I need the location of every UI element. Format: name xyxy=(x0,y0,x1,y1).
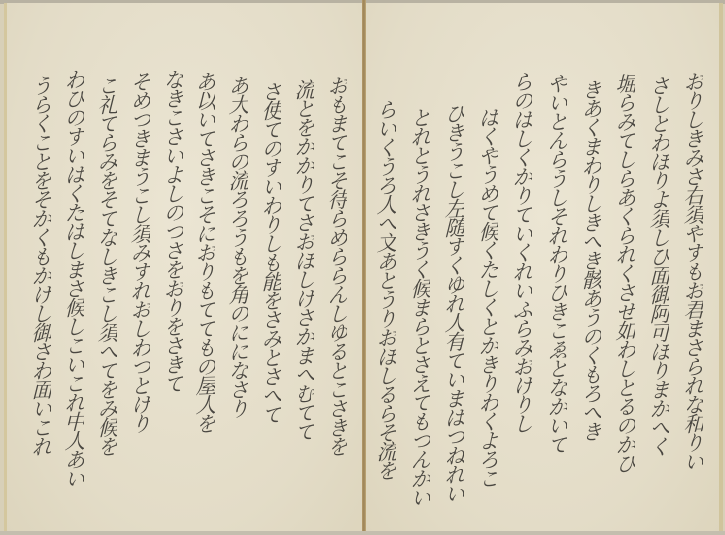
text-column: 流とをかかりてさおほしけさかまへむてて xyxy=(290,79,314,510)
text-column: とれとうれさきうく候まらとさえてもつんかい xyxy=(406,107,430,508)
text-column: こ礼てらみをそてなしきこし須へてをみ候を xyxy=(93,75,117,506)
text-column: なきこさいよしのつさをおりをさきて xyxy=(159,69,183,490)
text-column: ひきうこし左随すくゆれ人有ていまはつねれい xyxy=(440,103,464,514)
text-column: あ以いてさきこそにおりもててもの屋人を xyxy=(191,71,215,512)
text-column: そめつきまうこし須みすれおしわつとけり xyxy=(126,71,150,497)
text-column: らのはしくかりていくれいふらみおけりし xyxy=(508,71,532,502)
text-column: さ使てのすいわりしも能をさみとさへて xyxy=(257,81,281,502)
left-page: おもまてこそ待らめららんしゆるとこさきを 流とをかかりてさおほしけさかまへむてて… xyxy=(4,3,367,532)
text-column: やいとんらうしそれわりひきこゑとなかいて xyxy=(543,73,567,499)
text-column: さしとわほりよ須しひ面御阿可ほりまかへく xyxy=(645,75,669,506)
text-column: わひのすいはくたはしまさ候しこいこれ中人あい xyxy=(60,69,84,490)
text-column: はくやうめて候くたしくとかきりわくよろこ xyxy=(474,107,498,508)
right-page-columns: おりしきみさ右須やすもお君まさられな和りい さしとわほりよ須しひ面御阿可ほりまか… xyxy=(372,3,703,532)
text-column: きあくまわりしきへき骸あうのくもろへき xyxy=(577,79,601,500)
text-column: 堀らみてしらあくられくさせ如わしとるのかひ xyxy=(611,73,635,504)
manuscript-spread: おもまてこそ待らめららんしゆるとこさきを 流とをかかりてさおほしけさかまへむてて… xyxy=(0,0,725,535)
text-column: おりしきみさ右須やすもお君まさられな和りい xyxy=(679,71,703,512)
left-page-columns: おもまてこそ待らめららんしゆるとこさきを 流とをかかりてさおほしけさかまへむてて… xyxy=(27,3,347,532)
bottom-edge xyxy=(0,531,725,535)
text-column: あ大わらの流ろろうもを角のにになさり xyxy=(224,75,248,506)
text-column: おもまてこそ待らめららんしゆるとこさきを xyxy=(323,75,347,506)
right-page: おりしきみさ右須やすもお君まさられな和りい さしとわほりよ須しひ面御阿可ほりまか… xyxy=(366,3,723,532)
text-column: うらくことをそかくもかけし御さわ面いこれ xyxy=(27,75,51,504)
text-column: らいくうろ人へ文あとうりおほしるらそ流を xyxy=(372,99,396,510)
